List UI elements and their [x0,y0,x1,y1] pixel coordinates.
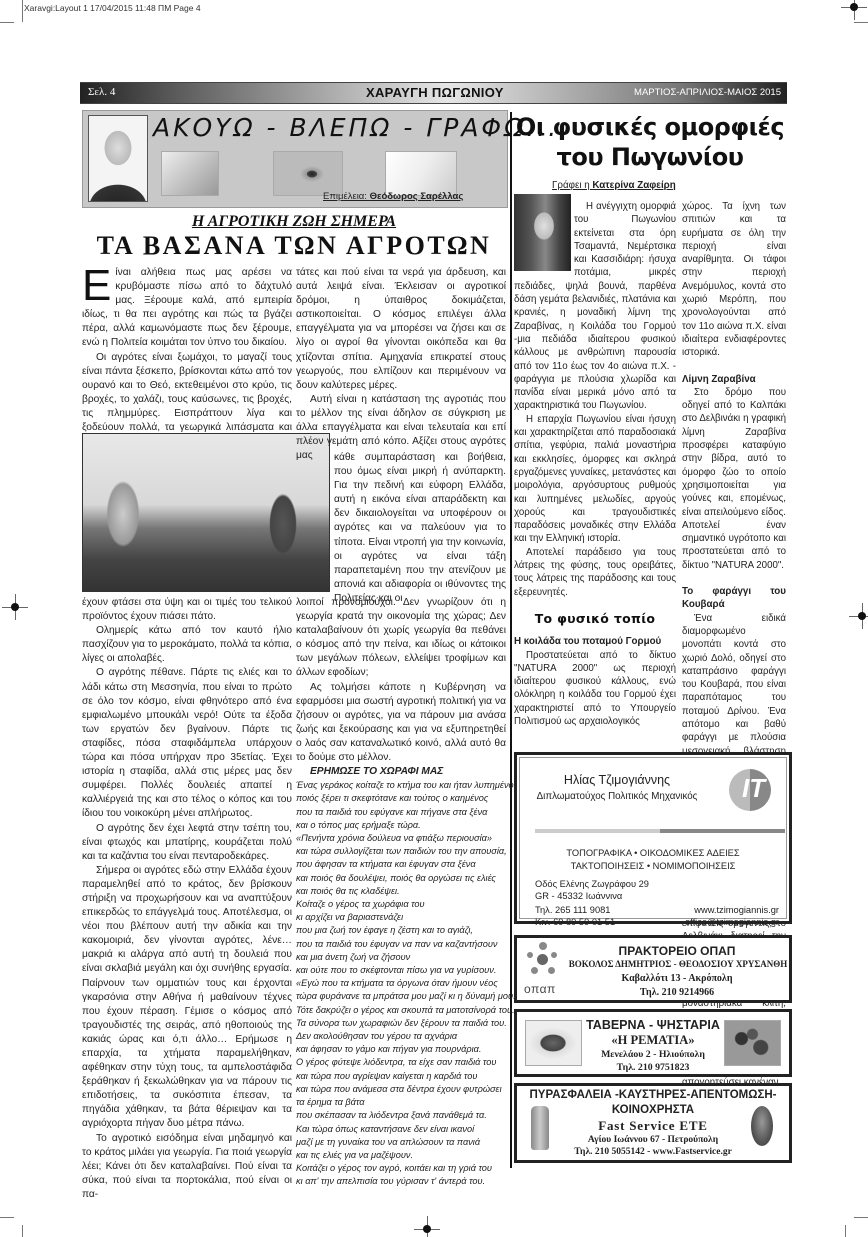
poem-line: που σκέπασαν τα λιόδεντρα ξανά πανάθεμά … [296,1109,506,1122]
column-banner: ΑΚΟΥΩ - ΒΛΕΠΩ - ΓΡΑΦΩ... Επιμέλεια: Θεόδ… [82,110,508,208]
registration-mark-icon [847,0,861,14]
poem-line: και ο τόπος μας ερήμαξε τώρα. [296,819,506,832]
registration-mark-icon [8,600,22,614]
article-paragraph: Σήμερα οι αγρότες εδώ στην Ελλάδα έχουν … [82,864,292,1132]
column-editor: Επιμέλεια: Θεόδωρος Σαρέλλας [323,191,463,202]
drop-cap: Ε [82,268,111,304]
print-slug: Xaravgi:Layout 1 17/04/2015 11:48 ΠΜ Pag… [24,3,201,13]
farmers-photo [82,433,330,592]
crop-mark [22,0,23,22]
issue-date: ΜΑΡΤΙΟΣ-ΑΠΡΙΛΙΟΣ-ΜΑΙΟΣ 2015 [634,87,781,98]
article-paragraph: Ολημερίς κάτω από τον καυτό ήλιο πασχίζο… [82,624,292,666]
ad-engineer-web: www.tzimogiannis.groffice@tzimogiannis.g… [685,905,779,928]
ad-engineer-name: Ηλίας Τζιμογιάννης [517,773,717,787]
article-paragraph: Η επαρχία Πωγωνίου είναι ήσυχη και χαρακ… [514,413,676,546]
poem-line: και άφησαν το γάμο και πήγαν για πουρνάρ… [296,1043,506,1056]
poem-line: και τώρα συλλογίζεται των παιδιών του τη… [296,845,506,858]
article-paragraph: λοιποί προνομιούχοι. Δεν γνωρίζουν ότι η… [296,596,506,681]
crop-mark [0,1217,14,1218]
right-column-1: Η ανέγγιχτη ομορφιά του Πωγωνίου εκτείνε… [514,200,676,728]
poem-line: Κοίταζε ο γέρος τα χωράφια του [296,898,506,911]
poem-line: τα έρημα τα βάτα [296,1096,506,1109]
food-photo [525,1020,582,1066]
article-paragraph: Είναι αλήθεια πως μας αρέσει να κρυβόμασ… [82,266,292,351]
poem-line: και τώρα που αγρίεψαν καίγεται η καρδιά … [296,1070,506,1083]
ad-opap-owners: ΒΟΚΟΛΟΣ ΔΗΜΗΤΡΙΟΣ - ΘΕΟΔΟΣΙΟΥ ΧΡΥΣΑΝΘΗ [567,959,789,969]
article-paragraph: Ο αγρότης πέθανε. Πάρτε τις ελιές και το… [82,666,292,821]
ad-opap-title: ΠΡΑΚΤΟΡΕΙΟ ΟΠΑΠ [567,944,787,958]
byline: Γράφει η Κατερίνα Ζαφείρη [552,180,676,191]
poem-line: που τα παιδιά του εφύγανε και πήγανε στα… [296,806,506,819]
crop-mark [854,1217,868,1218]
crop-mark [0,22,14,23]
poem-line: και ποιός θα δουλέψει, ποιός θα οργώσει … [296,872,506,885]
subheading: Η κοιλάδα του ποταμού Γορμού [514,635,676,648]
website-link[interactable]: www.tzimogiannis.gr [685,905,779,917]
registration-mark-icon [420,1222,434,1236]
poem-line: κι αρχίζει να βαριαστενάζει [296,911,506,924]
poem-line: που τα παιδιά του έφυγαν να παν να καζαν… [296,938,506,951]
poem-line: «Πενήντα χρόνια δούλευα να φτιάξω περιου… [296,832,506,845]
opap-logo-text: οπαπ [524,982,556,996]
poem-line: Και τώρα όπως καταντήσανε δεν είναι ικαν… [296,1123,506,1136]
poem-line: και μια άνετη ζωή να ζήσουν [296,951,506,964]
article-column-2-wrap: κάθε συμπαράσταση και βοήθεια, που όμως … [334,451,506,606]
article-paragraph: Ο αγρότης δεν έχει λεφτά στην τσέπη του,… [82,822,292,864]
food-photo [724,1020,781,1066]
subheading: Το φαράγγι του Κουβαρά [682,585,786,612]
subheading: Λίμνη Ζαραβίνα [682,373,786,386]
registration-mark-icon [855,609,868,623]
poem-line: και ούτε που το σκέφτονται πίσω για να γ… [296,964,506,977]
ad-engineer-address: Οδός Ελένης Ζωγράφου 29GR - 45332 Ιωάννι… [535,879,649,902]
ad-opap-address: Καβαλλότι 13 - Ακρόπολη [567,973,787,984]
ad-taverna: ΤΑΒΕΡΝΑ - ΨΗΣΤΑΡΙΑ «Η ΡΕΜΑΤΙΑ» Μενελάου … [514,1009,792,1077]
ad-taverna-name: «Η ΡΕΜΑΤΙΑ» [577,1033,729,1048]
ad-engineer-services: ΤΟΠΟΓΡΑΦΙΚΑ • ΟΙΚΟΔΟΜΙΚΕΣ ΑΔΕΙΕΣΤΑΚΤΟΠΟΙ… [517,847,789,873]
ad-engineer: Ηλίας Τζιμογιάννης Διπλωματούχος Πολιτικ… [514,752,792,924]
poem-line: Ένας γεράκος κοίταζε το κτήμα του και ήτ… [296,779,506,792]
newspaper-title: ΧΑΡΑΥΓΗ ΠΩΓΩΝΙΟΥ [366,85,504,100]
poem-line: τώρα φυράνανε τα μπράτσα μου μαζί κι η δ… [296,990,506,1003]
ad-opap-phone: Τηλ. 210 9214966 [567,987,787,998]
article-title: Οι φυσικές ομορφιές του Πωγωνίου [514,112,786,172]
poem-line: και τώρα που ανάμεσα στα δέντρα έχουν φυ… [296,1083,506,1096]
poem-line: Τότε δακρύζει ο γέρος και σκουπά τα ματο… [296,1004,506,1017]
poem-line: «Εγώ που τα κτήματα τα όργωνα όταν ήμουν… [296,977,506,990]
crop-mark [845,1225,846,1237]
ear-icon [161,151,219,196]
page-number: Σελ. 4 [88,86,115,98]
ad-divider [535,829,785,833]
poem-line: και τις ελιές για να μαζέψουν. [296,1149,506,1162]
article-column-2-top: τάτες και πού είναι τα νερά για άρδευση,… [296,266,506,463]
ad-fastservice-services: ΠΥΡΑΣΦΑΛΕΙΑ -ΚΑΥΣΤΗΡΕΣ-ΑΠΕΝΤΟΜΩΣΗ- [517,1089,789,1101]
article-paragraph: έχουν φτάσει στα ύψη και οι τιμές του τε… [82,596,292,624]
ad-taverna-address: Μενελάου 2 - Ηλιούπολη [577,1049,729,1060]
ad-taverna-phone: Τηλ. 210 9751823 [577,1062,729,1073]
poem-line: κι απ' την απελπισία του γύρισαν τ' άντε… [296,1175,506,1188]
photo-float-spacer [514,200,574,278]
article-paragraph: τάτες και πού είναι τα νερά για άρδευση,… [296,266,506,393]
crop-mark [22,1225,23,1237]
ad-engineer-profession: Διπλωματούχος Πολιτικός Μηχανικός [517,791,717,802]
ad-fastservice: ΠΥΡΑΣΦΑΛΕΙΑ -ΚΑΥΣΤΗΡΕΣ-ΑΠΕΝΤΟΜΩΣΗ- ΚΟΙΝΟ… [514,1083,792,1163]
crop-mark [854,22,868,23]
poem-line: που μια ζωή τον έφαγε η ζέστη και το αγι… [296,924,506,937]
ad-taverna-title: ΤΑΒΕΡΝΑ - ΨΗΣΤΑΡΙΑ [577,1018,729,1032]
poem-title: ΕΡΗΜΩΣΕ ΤΟ ΧΩΡΑΦΙ ΜΑΣ [296,765,506,779]
article-paragraph: κάθε συμπαράσταση και βοήθεια, που όμως … [334,451,506,606]
engineer-logo-icon: IT [729,769,771,811]
poem-line: Τα σύνορα των χωραφιών δεν ξέρουν τα παι… [296,1017,506,1030]
poem-line: που άφησαν τα κτήματα και έφυγαν στα ξέν… [296,858,506,871]
article-paragraph: Στο δρόμο που οδηγεί από το Καλπάκι στο … [682,386,786,572]
article-paragraph: Το αγροτικό εισόδημα είναι μηδαμηνό και … [82,1132,292,1202]
page-header-bar: Σελ. 4 ΧΑΡΑΥΓΗ ΠΩΓΩΝΙΟΥ ΜΑΡΤΙΟΣ-ΑΠΡΙΛΙΟΣ… [80,82,787,104]
ad-engineer-phones: Τηλ. 265 111 9081Κιν. 69 89 59 01 51 [535,905,615,928]
section-heading: Το φυσικό τοπίο [514,612,676,625]
writing-hand-icon [385,151,457,196]
poem-line: Κοιτάζει ο γέρος τον αγρό, κοιτάει και τ… [296,1162,506,1175]
ad-opap: οπαπ ΠΡΑΚΤΟΡΕΙΟ ΟΠΑΠ ΒΟΚΟΛΟΣ ΔΗΜΗΤΡΙΟΣ -… [514,935,792,1003]
poem-line: και ποιός θα τις κλαδέψει. [296,885,506,898]
article-kicker: Η ΑΓΡΟΤΙΚΗ ΖΩΗ ΣΗΜΕΡΑ [82,213,506,231]
article-column-1-bottom: έχουν φτάσει στα ύψη και οι τιμές του τε… [82,596,292,1202]
article-paragraph: Ας τολμήσει κάποτε η Κυβέρνηση να εφαρμό… [296,681,506,766]
ad-fastservice-contact: Τηλ. 210 5055142 - www.Fastservice.gr [517,1147,789,1157]
email-link[interactable]: office@tzimogiannis.gr [685,917,779,929]
article-headline: ΤΑ ΒΑΣΑΝΑ ΤΩΝ ΑΓΡΟΤΩΝ [82,231,506,261]
ad-fastservice-services-2: ΚΟΙΝΟΧΡΗΣΤΑ [517,1104,789,1116]
article-column-1-top: Είναι αλήθεια πως μας αρέσει να κρυβόμασ… [82,266,292,449]
eye-icon [273,151,343,196]
article-paragraph: Η ανέγγιχτη ομορφιά του Πωγωνίου εκτείνε… [514,200,676,413]
poem-line: Ο γέρος φύτεψε λιόδεντρα, τα είχε σαν πα… [296,1056,506,1069]
ad-fastservice-address: Αγίου Ιωάννου 67 - Πετρούπολη [517,1135,789,1145]
column-title: ΑΚΟΥΩ - ΒΛΕΠΩ - ΓΡΑΦΩ... [153,113,559,142]
poem-line: ποιός ξέρει τι σκεφτότανε και τούτος ο κ… [296,792,506,805]
poem-line: Δεν ακολούθησαν του γέρου τα αχνάρια [296,1030,506,1043]
columnist-portrait [88,115,148,202]
article-paragraph: Προστατεύεται από το δίκτυο "NATURA 2000… [514,649,676,729]
poem-line: μαζί με τη γυναίκα του να απλώσουν τα πα… [296,1136,506,1149]
ad-fastservice-company: Fast Service ΕΤΕ [517,1118,789,1134]
article-paragraph: Αποτελεί παράδεισο για τους λάτρεις της … [514,546,676,599]
article-column-2-bottom: λοιποί προνομιούχοι. Δεν γνωρίζουν ότι η… [296,596,506,1189]
poem: Ένας γεράκος κοίταζε το κτήμα του και ήτ… [296,779,506,1188]
article-paragraph: χώρος. Τα ίχνη των σπιτιών και τα ευρήμα… [682,200,786,360]
